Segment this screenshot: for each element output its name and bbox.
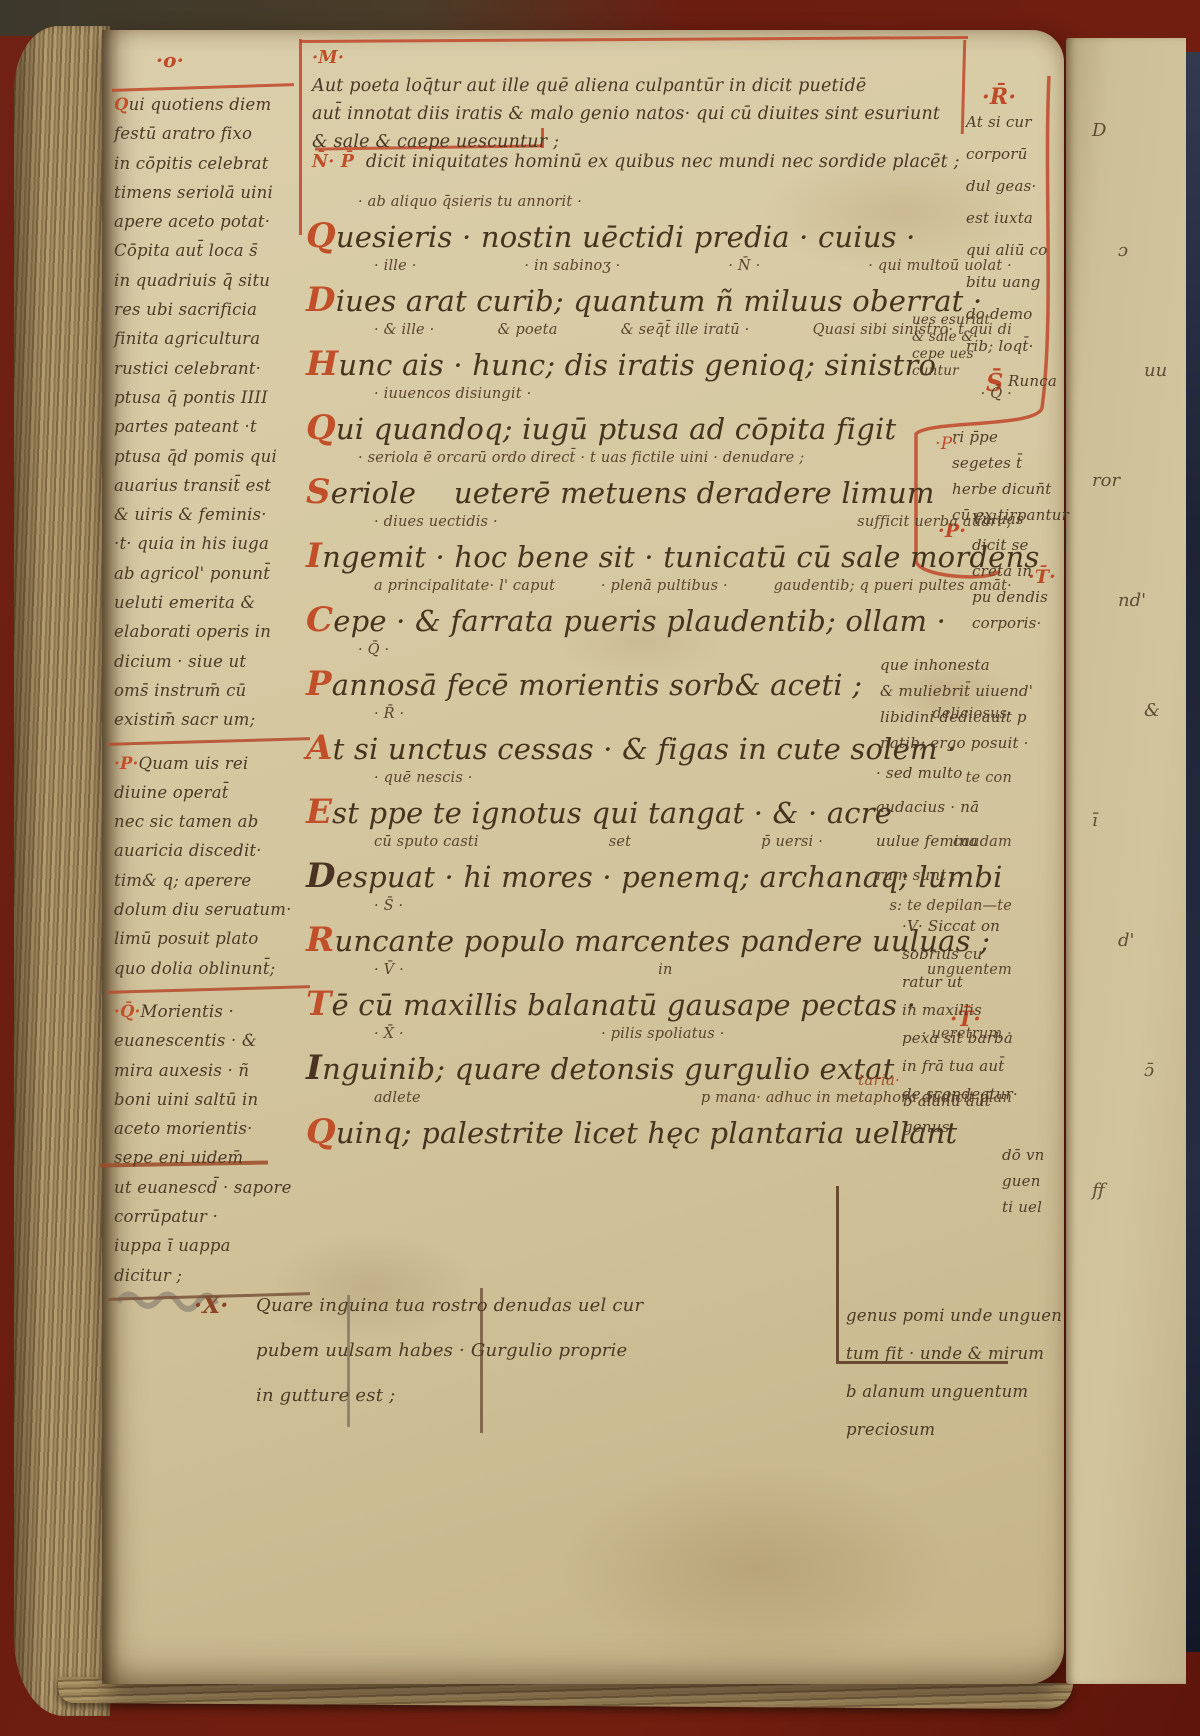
gloss-line: do demo — [966, 298, 1047, 330]
verse-text: nguinib; quare detonsis gurgulio extat — [322, 1052, 895, 1086]
interlinear-gloss: · plenā pultibus · — [601, 578, 728, 600]
margin-line: mira auxesis · ñ — [114, 1056, 310, 1085]
gloss-line: taria· — [858, 1072, 900, 1089]
gloss-line: dul geas· — [966, 170, 1047, 202]
margin-section-initial: ·Q̄· — [114, 1002, 140, 1021]
margin-line: dicium · siue ut — [114, 647, 310, 676]
next-page-fragment: ff — [1092, 1180, 1192, 1201]
margin-line: ptusa q̄ pontis IIII — [114, 383, 310, 412]
verse-initial: D — [306, 280, 336, 320]
margin-line: ·Q̄·Morientis · — [114, 997, 310, 1026]
verse-line: Ingemit · hoc bene sit · tunicatū cū s… — [306, 536, 1018, 577]
margin-line: boni uini saltū in — [114, 1085, 310, 1114]
verse-line: Seriole ueterē metuens deradere limum — [306, 472, 1018, 513]
margin-line: iuppa ī uappa — [114, 1231, 310, 1260]
verse-text: epe · & farrata pueris plaudentib; ollam… — [333, 604, 946, 638]
verse-initial: R — [306, 920, 334, 960]
gloss-line: in maxillis — [902, 996, 1018, 1024]
margin-section-initial: Q — [114, 95, 129, 114]
margin-line: finita agricultura — [114, 324, 310, 353]
right-note-balanum: b alanū aut̄genus — [903, 1088, 991, 1140]
interlinear-gloss-row: · iuuencos disiungit ·· Q̄ · — [306, 386, 1018, 408]
gloss-line: ·V· Siccat on — [902, 912, 1018, 940]
verse-text: uinq; palestrite licet hęc plantaria uel… — [336, 1116, 958, 1150]
verse-text: eriole ueterē metuens deradere limum — [331, 476, 935, 510]
interlinear-gloss-row: · seriola ē orcarū ordo direct̄ · t ua… — [306, 450, 1018, 472]
next-page-fragment: & — [1144, 700, 1200, 721]
verse-text: ē cū maxillis balanatū gausape pectas… — [332, 988, 916, 1022]
manuscript-photo: ·o· ·R̄· S̄ ·P· ·T̄· ·T̄· ·X· ·M· Aut po… — [0, 0, 1200, 1736]
gloss-line: ri p̄pe — [952, 424, 1069, 450]
verse-text: uncante populo marcentes pandere uuluas … — [334, 924, 990, 958]
margin-line: sepe eni uidem̄ — [114, 1143, 310, 1172]
gloss-line: ti uel — [1002, 1194, 1045, 1220]
gloss-line: Runca — [1008, 368, 1057, 394]
interlinear-gloss: · ab aliquo q̄sieris tu annorit · — [358, 194, 582, 216]
gloss-initial-N: N̄· P̄ — [312, 152, 354, 172]
margin-line: partes pateant ·t — [114, 412, 310, 441]
gloss-line: pubem uulsam habes · Gurgulio proprie — [256, 1328, 836, 1373]
interlinear-gloss: & poeta — [498, 322, 558, 344]
margin-line: ·t· quia in his iuga — [114, 529, 310, 558]
next-page-fragment: D — [1092, 120, 1192, 141]
gloss-line: creta in — [972, 558, 1048, 584]
right-note-v-siccat: ·V· Siccat onsobrius curatur utin maxill… — [902, 912, 1018, 1108]
margin-line: oms̄ instrum̄ cū — [114, 676, 310, 705]
verse-line: Quesieris · nostin uēctidi predia · cui… — [306, 216, 1018, 257]
verse-text: unc ais · hunc; dis iratis genioq; sinis… — [338, 348, 936, 382]
interlinear-gloss: · seriola ē orcarū ordo direct̄ · t ua… — [358, 450, 804, 472]
interlinear-gloss: p̄ uersi · — [761, 834, 823, 856]
verse-text: t si unctus cessas · & figas in cute sol… — [333, 732, 957, 766]
margin-line: timens seriolā uini — [114, 178, 310, 207]
verse-unit: · iuuencos disiungit ·· Q̄ ·Qui quandoq;… — [306, 386, 1018, 450]
gloss-initial-M: ·M· — [312, 48, 344, 68]
verse-unit: · ab aliquo q̄sieris tu annorit ·Quesier… — [306, 194, 1018, 258]
interlinear-gloss: · S̄ · — [374, 898, 403, 920]
verse-text: ui quandoq; iugū ptusa ad cōpita figit — [336, 412, 897, 446]
gloss-line: ratur ut — [902, 968, 1018, 996]
interlinear-gloss: · & ille · — [374, 322, 434, 344]
margin-line: in quadriuis q̄ situ — [114, 266, 310, 295]
gloss-line: b alanū aut̄ — [903, 1088, 991, 1114]
margin-line: Cōpita aut̄ loca s̄ — [114, 236, 310, 265]
margin-section-divider — [108, 985, 310, 994]
margin-section-initial: ·P· — [114, 754, 139, 773]
gloss-line: est iuxta — [966, 202, 1047, 234]
interlinear-gloss: · iuuencos disiungit · — [374, 386, 531, 408]
next-page-fragment: nd' — [1118, 590, 1200, 611]
interlinear-gloss-row: a principalitate· l' caput· plenā pulti… — [306, 578, 1018, 600]
interlinear-gloss: · diues uectidis · — [374, 514, 498, 536]
gloss-line: qui aliū co — [966, 234, 1047, 266]
margin-line: ueluti emerita & — [114, 588, 310, 617]
margin-line: in cōpitis celebrat — [114, 149, 310, 178]
next-page-fragment: uu — [1144, 360, 1200, 381]
gloss-line: herbe dicun̄t — [952, 476, 1069, 502]
bottom-right-gloss: genus pomi unde unguentum fit · unde & m… — [846, 1297, 1081, 1449]
gloss-line: At si cur — [966, 106, 1047, 138]
margin-line: auarius transit̄ est — [114, 471, 310, 500]
interlinear-gloss: · in sabinoʒ · — [524, 258, 620, 280]
verse-initial: Q — [306, 408, 336, 448]
interlinear-gloss: in — [658, 962, 672, 984]
left-margin-commentary: Qui quotiens diemfestū aratro fixoin co… — [114, 90, 310, 1304]
margin-line: res ubi sacrificia — [114, 295, 310, 324]
interlinear-gloss: · N̄ · — [728, 258, 760, 280]
verse-initial: Q — [306, 216, 336, 256]
margin-line: ut euanescd̄ · sapore — [114, 1173, 310, 1202]
verse-text: iues arat curib; quantum ñ miluus oberr… — [336, 284, 983, 318]
gloss-line: natib; ergo posuit · — [880, 730, 1033, 756]
gloss-line: genus pomi unde unguen — [846, 1297, 1081, 1335]
margin-line: auaricia discedit· — [114, 836, 310, 865]
next-page-fragment: ī — [1092, 810, 1192, 831]
margin-line: corrūpatur · — [114, 1202, 310, 1231]
gloss-line: rib; loqt̄· — [966, 330, 1047, 362]
gloss-line: preciosum — [846, 1411, 1081, 1449]
interlinear-gloss-row: · diues uectidis ·sufficit uerba auari ; — [306, 514, 1018, 536]
interlinear-gloss: & seq̄t̄ ille iratū · — [621, 322, 750, 344]
verse-line: Qui quandoq; iugū ptusa ad cōpita figi… — [306, 408, 1018, 449]
interlinear-gloss: · pilis spoliatus · — [601, 1026, 724, 1048]
gloss-line: sobrius cu — [902, 940, 1018, 968]
margin-line-text: ui quotiens diem — [129, 95, 272, 114]
gloss-line: Vuluas — [972, 506, 1048, 532]
gloss-line: corporis· — [972, 610, 1048, 636]
margin-line: quo dolia oblinunt̄; — [114, 954, 310, 983]
top-gloss-N: N̄· P̄ dicit iniquitates hominū ex quib… — [312, 148, 972, 176]
margin-line: & uiris & feminis· — [114, 500, 310, 529]
gloss-line: cuntur — [912, 363, 990, 380]
interlinear-gloss: adlete — [374, 1090, 421, 1112]
gloss-line: rum sunt ; — [876, 858, 979, 892]
margin-line: aceto morientis· — [114, 1114, 310, 1143]
gloss-line: & muliebrit̄ uiuend' — [880, 678, 1033, 704]
margin-line: apere aceto potat· — [114, 207, 310, 236]
interlinear-gloss: · V̄ · — [374, 962, 404, 984]
gloss-line: libidini dedicauit p — [880, 704, 1033, 730]
right-note-runcari: Runca — [1008, 368, 1057, 394]
margin-line: festū aratro fixo — [114, 119, 310, 148]
right-note-que-inhonesta: que inhonesta& muliebrit̄ uiuend'libidin… — [880, 652, 1033, 756]
top-gloss-N-text: dicit iniquitates hominū ex quibus nec … — [366, 152, 960, 172]
bottom-gloss-X: Quare inguina tua rostro denudas uel cur… — [256, 1283, 836, 1418]
gloss-line: Aut poeta loq̄tur aut ille quē aliena c… — [312, 72, 972, 100]
page-edges-fore-edge — [14, 26, 110, 1716]
top-gloss-M: ·M· Aut poeta loq̄tur aut ille quē alie… — [312, 44, 972, 156]
margin-line: limū posuit plato — [114, 924, 310, 953]
left-margin-section: ·P·Quam uis reidiuine operat̄nec sic tam… — [114, 749, 310, 983]
left-margin-section: ·Q̄·Morientis ·euanescentis · &mira auxe… — [114, 997, 310, 1290]
margin-line: ·P·Quam uis rei — [114, 749, 310, 778]
gloss-line: bitu uang — [966, 266, 1047, 298]
margin-line: euanescentis · & — [114, 1026, 310, 1055]
margin-line: ab agricol' ponunt̄ — [114, 559, 310, 588]
gloss-line: guen — [1002, 1168, 1045, 1194]
right-note-unguenti: dō vnguenti uel — [1002, 1142, 1045, 1220]
margin-line: nec sic tamen ab — [114, 807, 310, 836]
gloss-line: b alanum unguentum — [846, 1373, 1081, 1411]
verse-line: Cepe · & farrata pueris plaudentib; olla… — [306, 600, 1018, 641]
gloss-line: uulue femina — [876, 824, 979, 858]
next-page-fragment: ror — [1092, 470, 1192, 491]
interlinear-gloss: · quē nescis · — [374, 770, 473, 792]
interlinear-gloss: · R̄ · — [374, 706, 404, 728]
gloss-line: que inhonesta — [880, 652, 1033, 678]
interlinear-gloss: a principalitate· l' caput — [374, 578, 555, 600]
verse-initial: H — [306, 344, 338, 384]
next-page-fragment: d' — [1118, 930, 1200, 951]
right-note-sed-multo: · sed multoaudacius · nāuulue feminarum… — [876, 756, 979, 892]
rubric-mark-o: ·o· — [156, 48, 184, 72]
gloss-line: corporū — [966, 138, 1047, 170]
verse-initial: Q — [306, 1112, 336, 1152]
margin-line: ptusa q̄d pomis qui — [114, 442, 310, 471]
verse-unit: · diues uectidis ·sufficit uerba auari ;… — [306, 514, 1018, 578]
verse-text: annosā fecē morientis sorb& aceti ; — [332, 668, 862, 702]
interlinear-gloss: · X̄ · — [374, 1026, 404, 1048]
margin-line: elaborati operis in — [114, 617, 310, 646]
margin-line: rustici celebrant· — [114, 354, 310, 383]
margin-line: diuine operat̄ — [114, 778, 310, 807]
gloss-line: · sed multo — [876, 756, 979, 790]
bracket-line-vertical — [836, 1186, 839, 1364]
margin-line: tim& q; aperere — [114, 866, 310, 895]
margin-line: dolum diu seruatum· — [114, 895, 310, 924]
margin-line-text: Quam uis rei — [139, 754, 249, 773]
gloss-line: pu dendis — [972, 584, 1048, 610]
gloss-line: tum fit · unde & mirum — [846, 1335, 1081, 1373]
next-page-sliver — [1066, 38, 1186, 1684]
margin-section-divider — [108, 737, 310, 746]
gloss-line: dicit se — [972, 532, 1048, 558]
gloss-line: in frā tua aut̄ — [902, 1052, 1018, 1080]
right-note-uuluas: Vuluasdicit secreta inpu dendiscorporis· — [972, 506, 1048, 636]
margin-line: Qui quotiens diem — [114, 90, 310, 119]
interlinear-gloss: · ille · — [374, 258, 417, 280]
right-note-at-si: At si curcorporūdul geas·est iuxtaqui a… — [966, 106, 1047, 362]
gloss-line: pexa sit barba — [902, 1024, 1018, 1052]
verse-unit: a principalitate· l' caput· plenā pulti… — [306, 578, 1018, 642]
top-gloss-M-lines: Aut poeta loq̄tur aut ille quē aliena c… — [312, 72, 972, 156]
verse-unit: · seriola ē orcarū ordo direct̄ · t ua… — [306, 450, 1018, 514]
gloss-line: in gutture est ; — [256, 1373, 836, 1418]
gloss-line: aut̄ innotat diis iratis & malo genio na… — [312, 100, 972, 128]
margin-line: existim̄ sacr um; — [114, 705, 310, 734]
next-page-fragment: ɔ — [1118, 240, 1200, 261]
verse-initial: C — [306, 600, 333, 640]
verse-text: uesieris · nostin uēctidi predia · cuiu… — [336, 220, 916, 254]
verse-text: st ppe te ignotus qui tangat · & · acre — [332, 796, 892, 830]
left-margin-section: Qui quotiens diemfestū aratro fixoin co… — [114, 90, 310, 735]
verse-initial: D — [306, 856, 336, 896]
interlinear-gloss: cū sputo casti — [374, 834, 479, 856]
interlinear-gloss: set — [609, 834, 631, 856]
gloss-line: genus — [903, 1114, 991, 1140]
verse-right-note: taria· — [858, 1072, 900, 1089]
next-page-fragment: ɔ̄ — [1144, 1060, 1200, 1081]
verse-text: ngemit · hoc bene sit · tunicatū cū sa… — [322, 540, 1039, 574]
gloss-line: Quare inguina tua rostro denudas uel cur — [256, 1283, 836, 1328]
margin-line-text: Morientis · — [140, 1002, 233, 1021]
verse-unit: · & ille ·& poeta& seq̄t̄ ille iratū ·Q… — [306, 322, 1018, 386]
interlinear-gloss-row: · ab aliquo q̄sieris tu annorit · — [306, 194, 1018, 216]
interlinear-gloss-row: · ille ·· in sabinoʒ ·· N̄ ·· qui multou… — [306, 258, 1018, 280]
gloss-line: audacius · nā — [876, 790, 979, 824]
interlinear-gloss: · Q̄ · — [358, 642, 389, 664]
gloss-line: segetes t̄ — [952, 450, 1069, 476]
gloss-line: dō vn — [1002, 1142, 1045, 1168]
